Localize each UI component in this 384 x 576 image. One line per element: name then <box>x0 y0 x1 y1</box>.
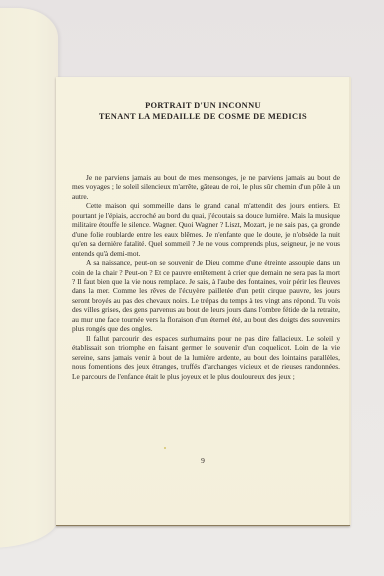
left-page-curl <box>0 8 58 548</box>
chapter-title-line-2: TENANT LA MEDAILLE DE COSME DE MEDICIS <box>56 112 350 123</box>
book-page: PORTRAIT D'UN INCONNU TENANT LA MEDAILLE… <box>56 77 350 526</box>
paragraph: Il fallut parcourir des espaces surhumai… <box>72 334 340 381</box>
page-number: 9 <box>56 456 350 465</box>
body-text: Je ne parviens jamais au bout de mes men… <box>72 173 340 381</box>
paper-speck <box>164 447 166 449</box>
paragraph: Je ne parviens jamais au bout de mes men… <box>72 173 340 201</box>
chapter-title: PORTRAIT D'UN INCONNU TENANT LA MEDAILLE… <box>56 101 350 122</box>
paragraph: A sa naissance, peut-on se souvenir de D… <box>72 258 340 334</box>
chapter-title-line-1: PORTRAIT D'UN INCONNU <box>56 101 350 112</box>
paragraph: Cette maison qui sommeille dans le grand… <box>72 201 340 258</box>
